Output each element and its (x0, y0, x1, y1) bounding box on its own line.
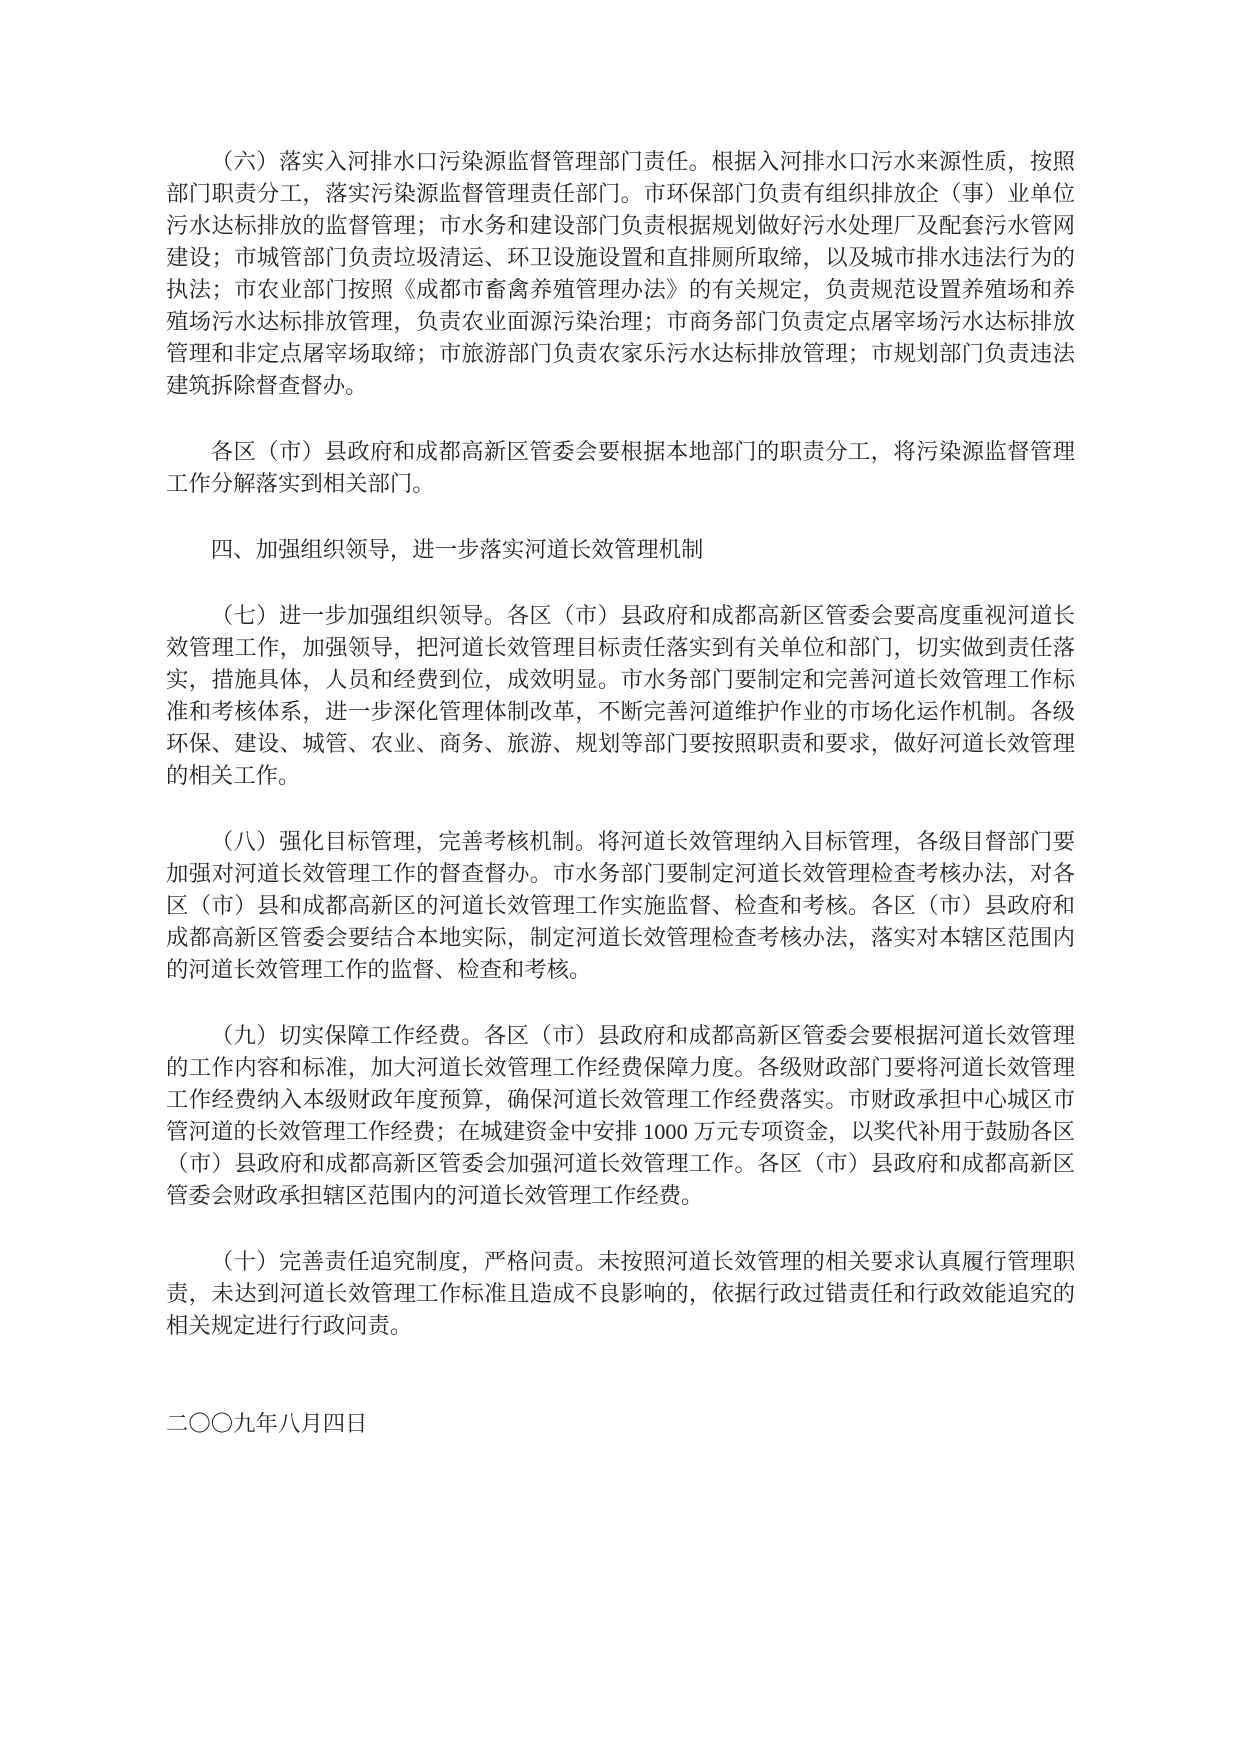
paragraph-item-9: （九）切实保障工作经费。各区（市）县政府和成都高新区管委会要根据河道长效管理的工… (166, 1020, 1075, 1212)
document-body: （六）落实入河排水口污染源监督管理部门责任。根据入河排水口污水来源性质，按照部门… (166, 146, 1075, 1440)
section-heading-4: 四、加强组织领导，进一步落实河道长效管理机制 (166, 534, 1075, 566)
paragraph-item-6: （六）落实入河排水口污染源监督管理部门责任。根据入河排水口污水来源性质，按照部门… (166, 146, 1075, 402)
paragraph-item-10: （十）完善责任追究制度，严格问责。未按照河道长效管理的相关要求认真履行管理职责，… (166, 1246, 1075, 1342)
date-line: 二〇〇九年八月四日 (166, 1408, 1075, 1440)
paragraph-item-7: （七）进一步加强组织领导。各区（市）县政府和成都高新区管委会要高度重视河道长效管… (166, 600, 1075, 792)
paragraph-item-8: （八）强化目标管理，完善考核机制。将河道长效管理纳入目标管理，各级目督部门要加强… (166, 826, 1075, 986)
document-page: （六）落实入河排水口污染源监督管理部门责任。根据入河排水口污水来源性质，按照部门… (0, 0, 1241, 1754)
paragraph-pollution-source-assignment: 各区（市）县政府和成都高新区管委会要根据本地部门的职责分工，将污染源监督管理工作… (166, 436, 1075, 500)
